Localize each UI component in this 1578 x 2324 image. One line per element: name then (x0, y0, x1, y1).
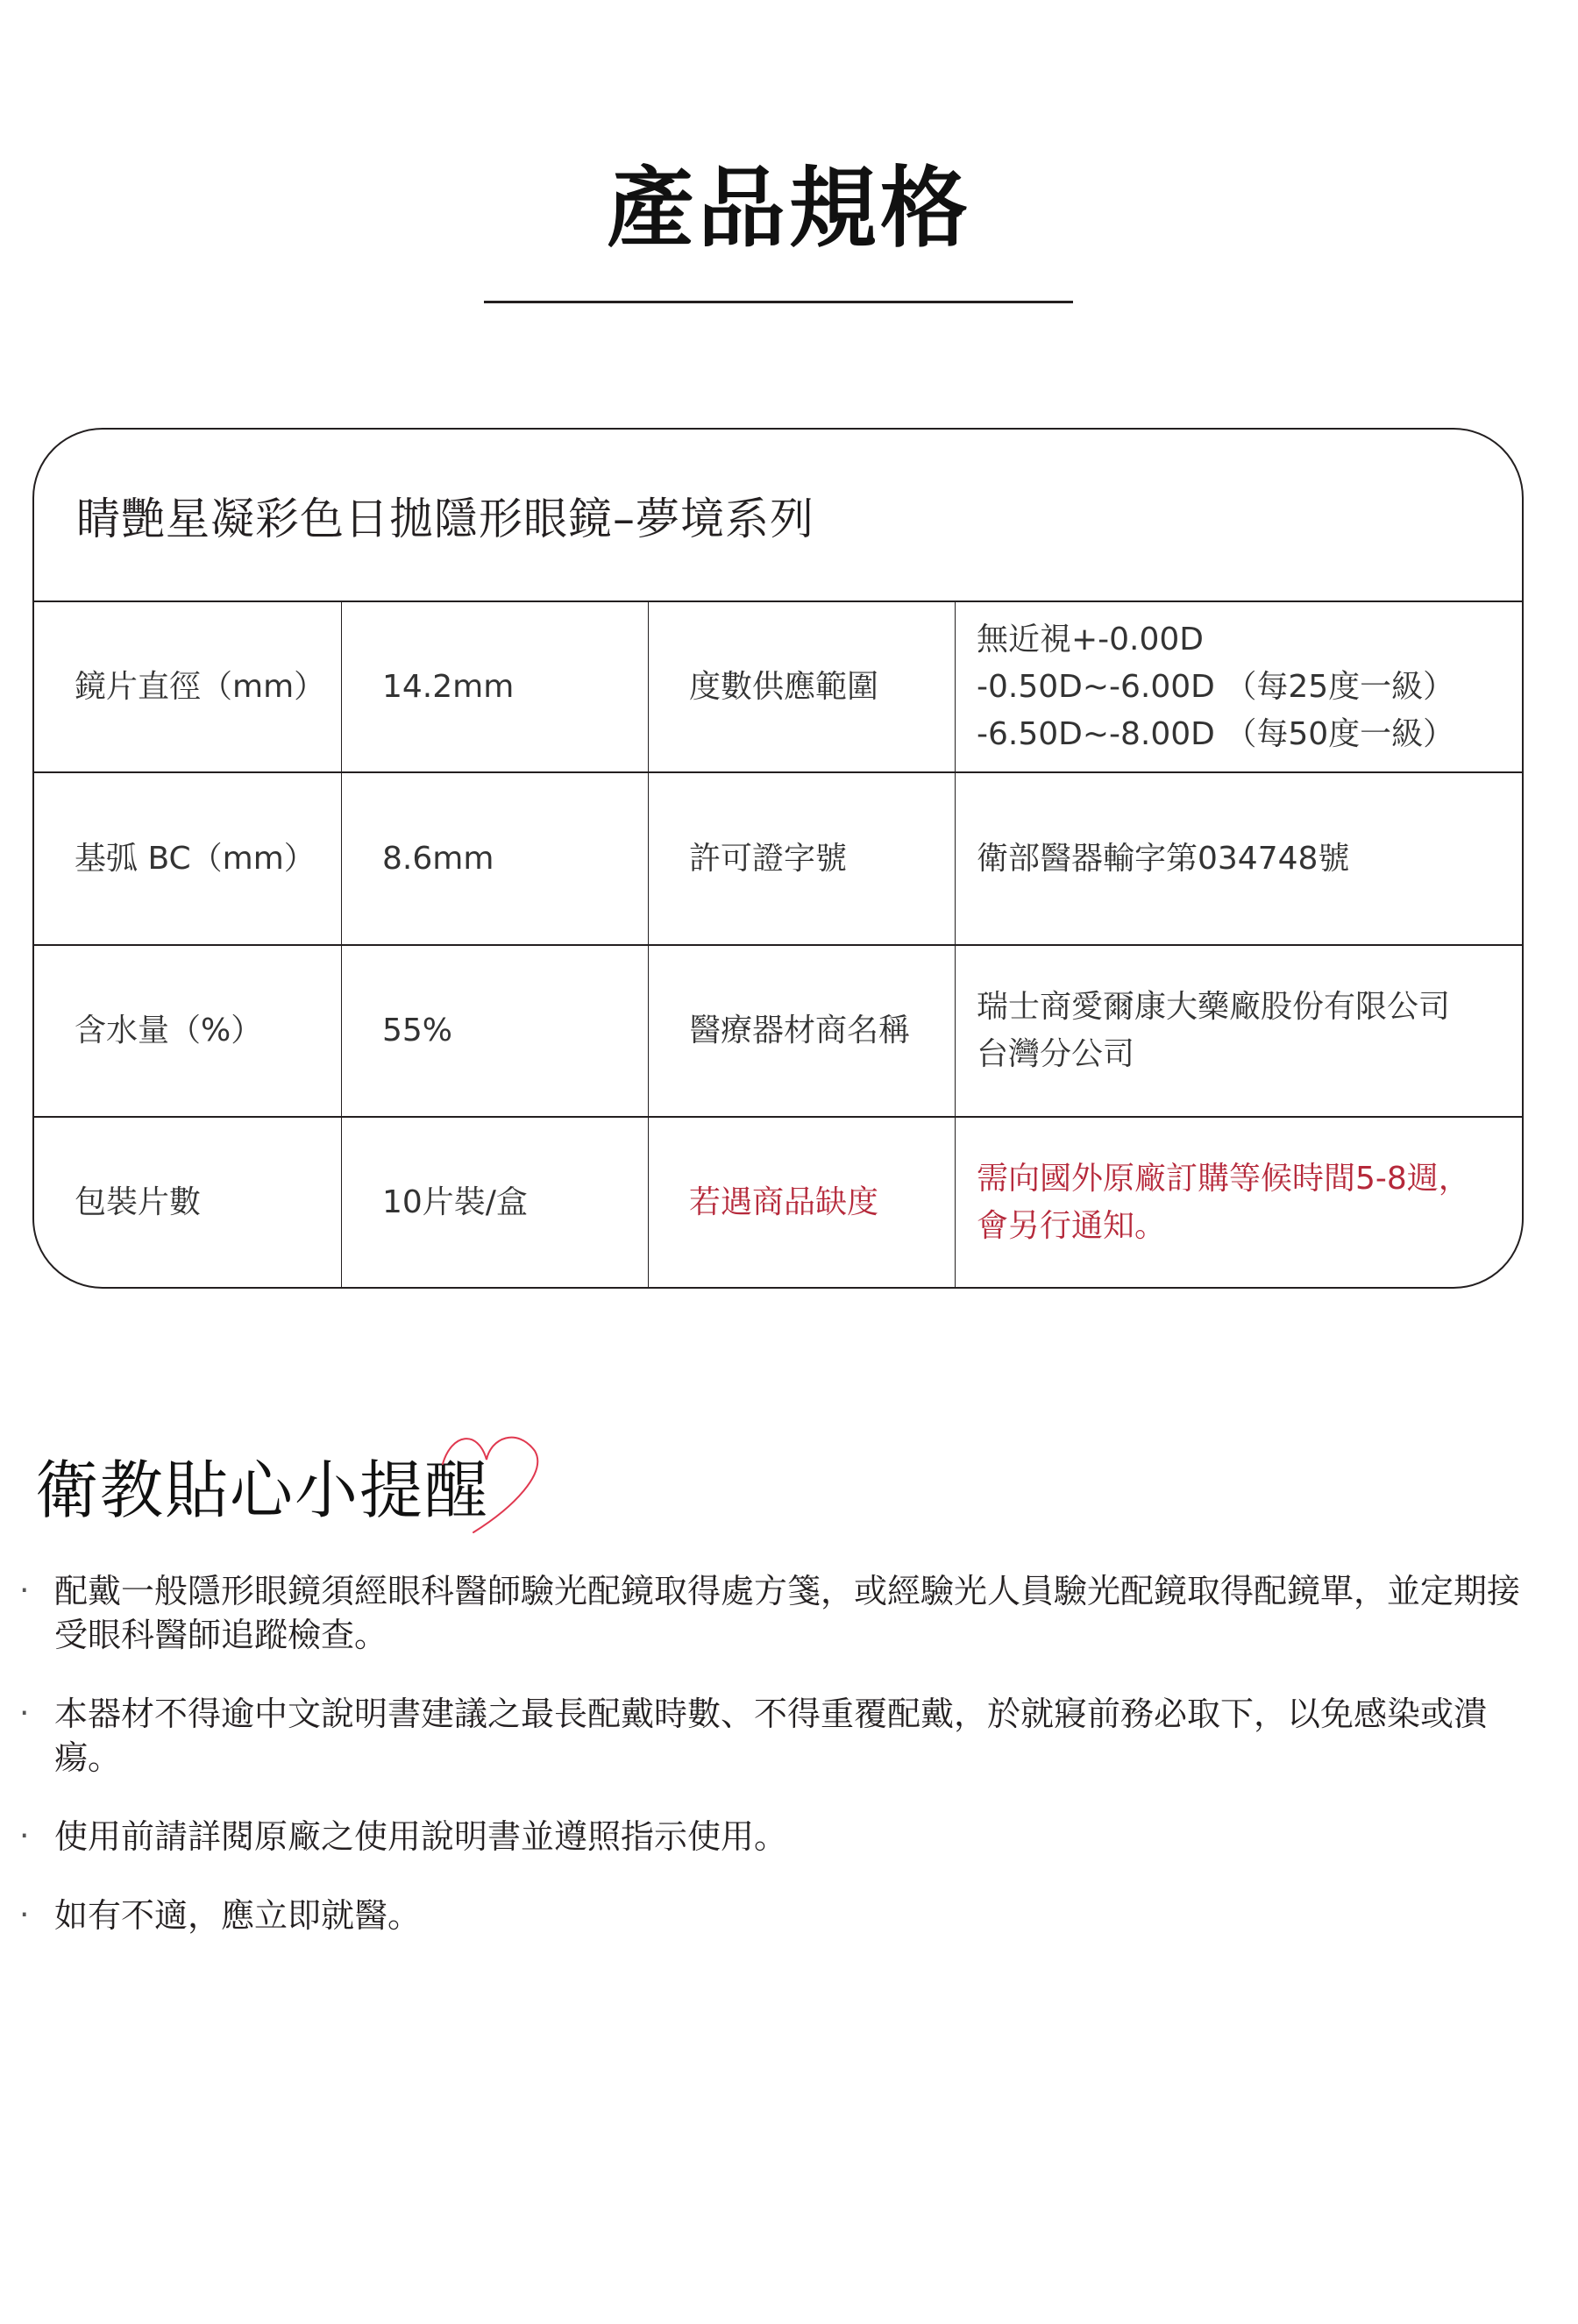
spec-value-out-of-stock-notice: 需向國外原廠訂購等候時間5-8週， 會另行通知。 (956, 1118, 1522, 1287)
spec-label: 度數供應範圍 (649, 602, 956, 771)
spec-label-out-of-stock: 若遇商品缺度 (649, 1118, 956, 1287)
company-line: 台灣分公司 (977, 1031, 1134, 1078)
spec-label: 鏡片直徑（mm） (34, 602, 342, 771)
spec-row-diameter: 鏡片直徑（mm） 14.2mm 度數供應範圍 無近視+-0.00D -0.50D… (34, 602, 1522, 773)
spec-value-license: 衛部醫器輸字第034748號 (956, 773, 1522, 944)
spec-value: 55% (342, 946, 649, 1116)
spec-value: 8.6mm (342, 773, 649, 944)
page-title: 產品規格 (0, 156, 1578, 261)
power-range-line: -6.50D~-8.00D （每50度一級） (977, 711, 1454, 758)
reminder-item: 本器材不得逾中文說明書建議之最長配戴時數、不得重覆配戴，於就寢前務必取下，以免感… (19, 1692, 1527, 1780)
reminder-item: 如有不適，應立即就醫。 (19, 1894, 1527, 1937)
power-range-line: 無近視+-0.00D (977, 616, 1204, 664)
title-divider (484, 301, 1073, 303)
spec-value: 10片裝/盒 (342, 1118, 649, 1287)
spec-value-power-range: 無近視+-0.00D -0.50D~-6.00D （每25度一級） -6.50D… (956, 602, 1522, 771)
notice-line: 會另行通知。 (977, 1203, 1166, 1250)
reminder-list: 配戴一般隱形眼鏡須經眼科醫師驗光配鏡取得處方箋，或經驗光人員驗光配鏡取得配鏡單，… (19, 1569, 1527, 1972)
spec-label: 醫療器材商名稱 (649, 946, 956, 1116)
spec-row-water-content: 含水量（%） 55% 醫療器材商名稱 瑞士商愛爾康大藥廠股份有限公司 台灣分公司 (34, 946, 1522, 1118)
spec-label: 含水量（%） (34, 946, 342, 1116)
spec-label: 包裝片數 (34, 1118, 342, 1287)
heart-icon (430, 1429, 544, 1534)
notice-line: 需向國外原廠訂購等候時間5-8週， (977, 1155, 1470, 1203)
company-line: 瑞士商愛爾康大藥廠股份有限公司 (977, 984, 1450, 1031)
reminder-item: 配戴一般隱形眼鏡須經眼科醫師驗光配鏡取得處方箋，或經驗光人員驗光配鏡取得配鏡單，… (19, 1569, 1527, 1657)
license-number: 衛部醫器輸字第034748號 (977, 835, 1349, 883)
power-range-line: -0.50D~-6.00D （每25度一級） (977, 664, 1454, 711)
spec-row-base-curve: 基弧 BC（mm） 8.6mm 許可證字號 衛部醫器輸字第034748號 (34, 773, 1522, 946)
spec-label: 基弧 BC（mm） (34, 773, 342, 944)
spec-card: 睛艷星凝彩色日拋隱形眼鏡–夢境系列 鏡片直徑（mm） 14.2mm 度數供應範圍… (32, 428, 1524, 1289)
reminder-title: 衛教貼心小提醒 (35, 1451, 489, 1530)
spec-row-package: 包裝片數 10片裝/盒 若遇商品缺度 需向國外原廠訂購等候時間5-8週， 會另行… (34, 1118, 1522, 1287)
reminder-item: 使用前請詳閱原廠之使用說明書並遵照指示使用。 (19, 1815, 1527, 1858)
spec-label: 許可證字號 (649, 773, 956, 944)
spec-value: 14.2mm (342, 602, 649, 771)
spec-value-company: 瑞士商愛爾康大藥廠股份有限公司 台灣分公司 (956, 946, 1522, 1116)
product-name: 睛艷星凝彩色日拋隱形眼鏡–夢境系列 (34, 430, 1522, 602)
